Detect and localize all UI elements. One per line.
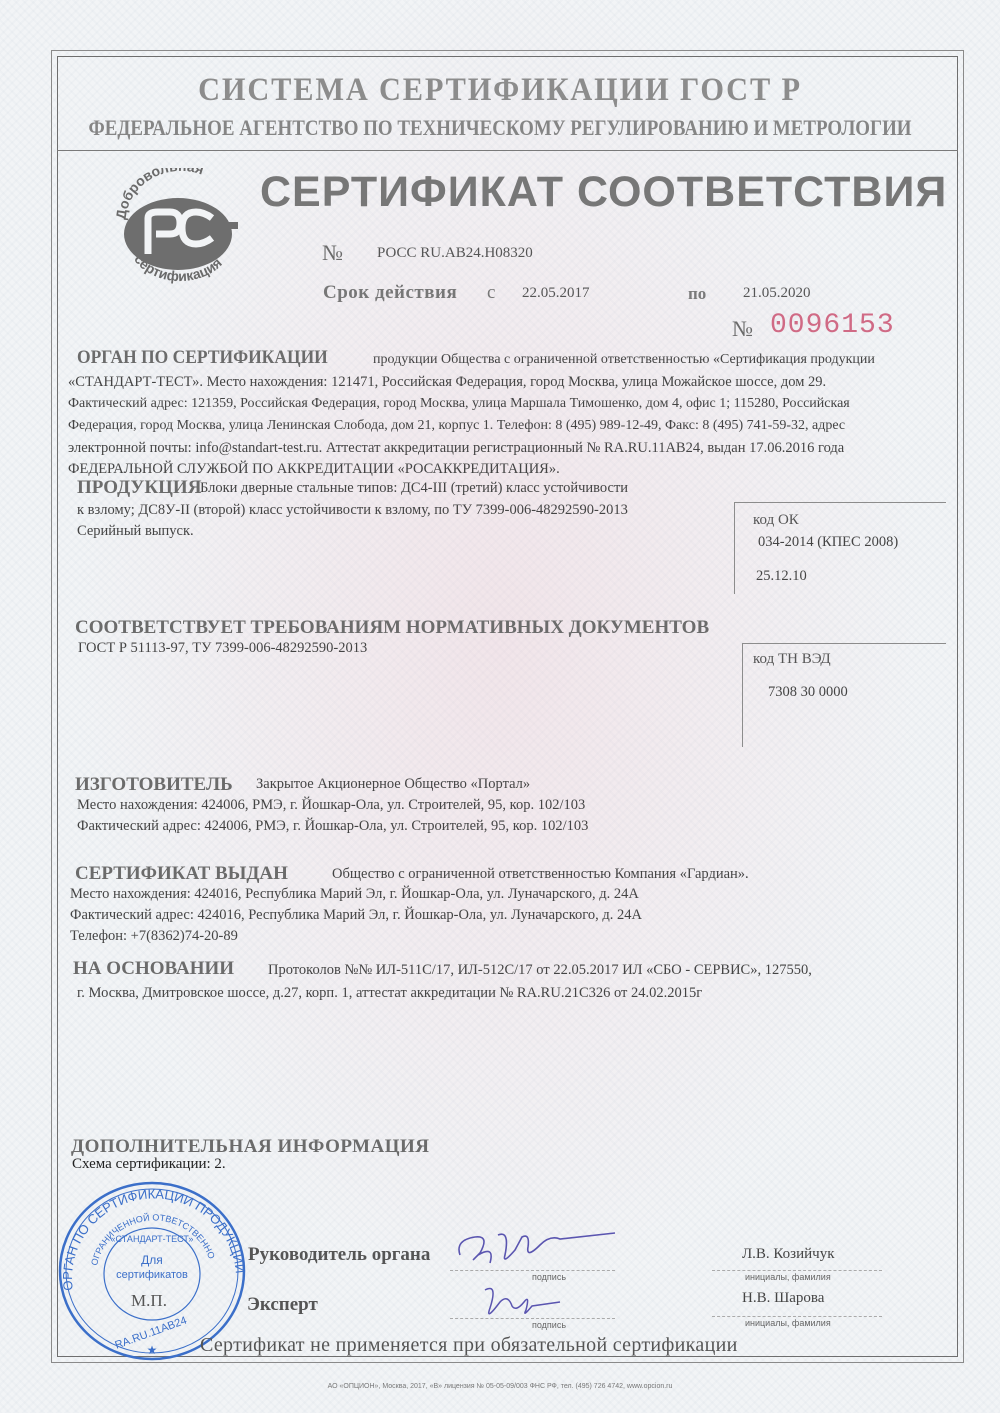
head-signature-line (450, 1270, 615, 1271)
tnved-code-label: код ТН ВЭД (753, 651, 831, 668)
certification-body-line: ФЕДЕРАЛЬНОЙ СЛУЖБОЙ ПО АККРЕДИТАЦИИ «РОС… (68, 461, 560, 478)
rst-logo-icon: Добровольная сертификация (108, 168, 248, 288)
document-title: СЕРТИФИКАТ СООТВЕТСТВИЯ (260, 168, 947, 217)
product-line: Блоки дверные стальные типов: ДС4-III (т… (200, 480, 628, 497)
system-title: СИСТЕМА СЕРТИФИКАЦИИ ГОСТ Р (40, 72, 960, 109)
ok-code-value: 034-2014 (КПЕС 2008) (758, 534, 898, 551)
manufacturer-heading: ИЗГОТОВИТЕЛЬ (75, 774, 233, 796)
basis-heading: НА ОСНОВАНИИ (73, 958, 234, 980)
certification-scheme: Схема сертификации: 2. (72, 1156, 226, 1173)
certification-body-line: электронной почты: info@standart-test.ru… (68, 440, 844, 457)
expert-name: Н.В. Шарова (742, 1290, 824, 1307)
svg-text:★: ★ (147, 1343, 158, 1357)
head-name-line (712, 1270, 882, 1271)
additional-info-heading: ДОПОЛНИТЕЛЬНАЯ ИНФОРМАЦИЯ (71, 1136, 430, 1158)
number-label: № (322, 240, 343, 266)
ok-code-date: 25.12.10 (756, 568, 807, 585)
expert-signature-line (450, 1318, 615, 1319)
certification-body-line: Федерация, город Москва, улица Ленинская… (68, 418, 845, 434)
manufacturer-line: Место нахождения: 424006, РМЭ, г. Йошкар… (77, 797, 585, 814)
svg-text:Для: Для (141, 1253, 163, 1267)
head-name-caption: инициалы, фамилия (745, 1272, 831, 1282)
product-heading: ПРОДУКЦИЯ (77, 477, 201, 499)
certificate-number: РОСС RU.АВ24.Н08320 (377, 245, 533, 262)
head-signature-icon (450, 1225, 620, 1275)
issued-to-line: Телефон: +7(8362)74-20-89 (70, 928, 238, 945)
voluntary-notice: Сертификат не применяется при обязательн… (200, 1334, 738, 1357)
svg-text:сертификатов: сертификатов (116, 1269, 188, 1281)
valid-to-date: 21.05.2020 (743, 285, 811, 302)
basis-line: Протоколов №№ ИЛ-511С/17, ИЛ-512С/17 от … (268, 962, 812, 979)
head-name: Л.В. Козийчук (742, 1246, 835, 1263)
expert-name-line (712, 1316, 882, 1317)
basis-line: г. Москва, Дмитровское шоссе, д.27, корп… (77, 985, 702, 1002)
svg-text:«СТАНДАРТ-ТЕСТ»: «СТАНДАРТ-ТЕСТ» (111, 1234, 194, 1244)
manufacturer-line: Фактический адрес: 424006, РМЭ, г. Йошка… (77, 818, 588, 835)
product-line: Серийный выпуск. (77, 523, 194, 540)
expert-name-caption: инициалы, фамилия (745, 1318, 831, 1328)
certification-body-line: Фактический адрес: 121359, Российская Фе… (68, 396, 850, 412)
header-divider (57, 150, 958, 151)
serial-label: № (732, 316, 753, 342)
agency-name: ФЕДЕРАЛЬНОЕ АГЕНТСТВО ПО ТЕХНИЧЕСКОМУ РЕ… (70, 115, 930, 141)
ok-code-label: код ОК (753, 512, 799, 529)
manufacturer-name: Закрытое Акционерное Общество «Портал» (256, 776, 530, 793)
head-of-body-label: Руководитель органа (248, 1244, 430, 1266)
tnved-code-value: 7308 30 0000 (768, 684, 848, 701)
certification-body-line: продукции Общества с ограниченной ответс… (373, 352, 875, 368)
serial-number: 0096153 (770, 310, 895, 341)
expert-label: Эксперт (247, 1294, 318, 1316)
validity-label: Срок действия (323, 282, 457, 304)
issued-to-line: Фактический адрес: 424016, Республика Ма… (70, 907, 642, 924)
validity-from-label: с (487, 282, 495, 304)
product-line: к взлому; ДС8У-II (второй) класс устойчи… (77, 502, 628, 519)
certification-body-heading: ОРГАН ПО СЕРТИФИКАЦИИ (77, 347, 328, 369)
issued-to-heading: СЕРТИФИКАТ ВЫДАН (75, 863, 288, 885)
validity-to-label: по (688, 284, 706, 304)
certification-body-line: «СТАНДАРТ-ТЕСТ». Место нахождения: 12147… (68, 374, 826, 391)
valid-from-date: 22.05.2017 (522, 285, 590, 302)
compliance-documents: ГОСТ Р 51113-97, ТУ 7399-006-48292590-20… (78, 640, 367, 657)
svg-text:М.П.: М.П. (131, 1291, 167, 1310)
compliance-heading: СООТВЕТСТВУЕТ ТРЕБОВАНИЯМ НОРМАТИВНЫХ ДО… (75, 617, 709, 639)
printer-imprint: АО «ОПЦИОН», Москва, 2017, «В» лицензия … (0, 1383, 1000, 1390)
issued-to-line: Место нахождения: 424016, Республика Мар… (70, 886, 639, 903)
expert-signature-caption: подпись (532, 1320, 566, 1330)
issued-to-name: Общество с ограниченной ответственностью… (332, 866, 749, 883)
